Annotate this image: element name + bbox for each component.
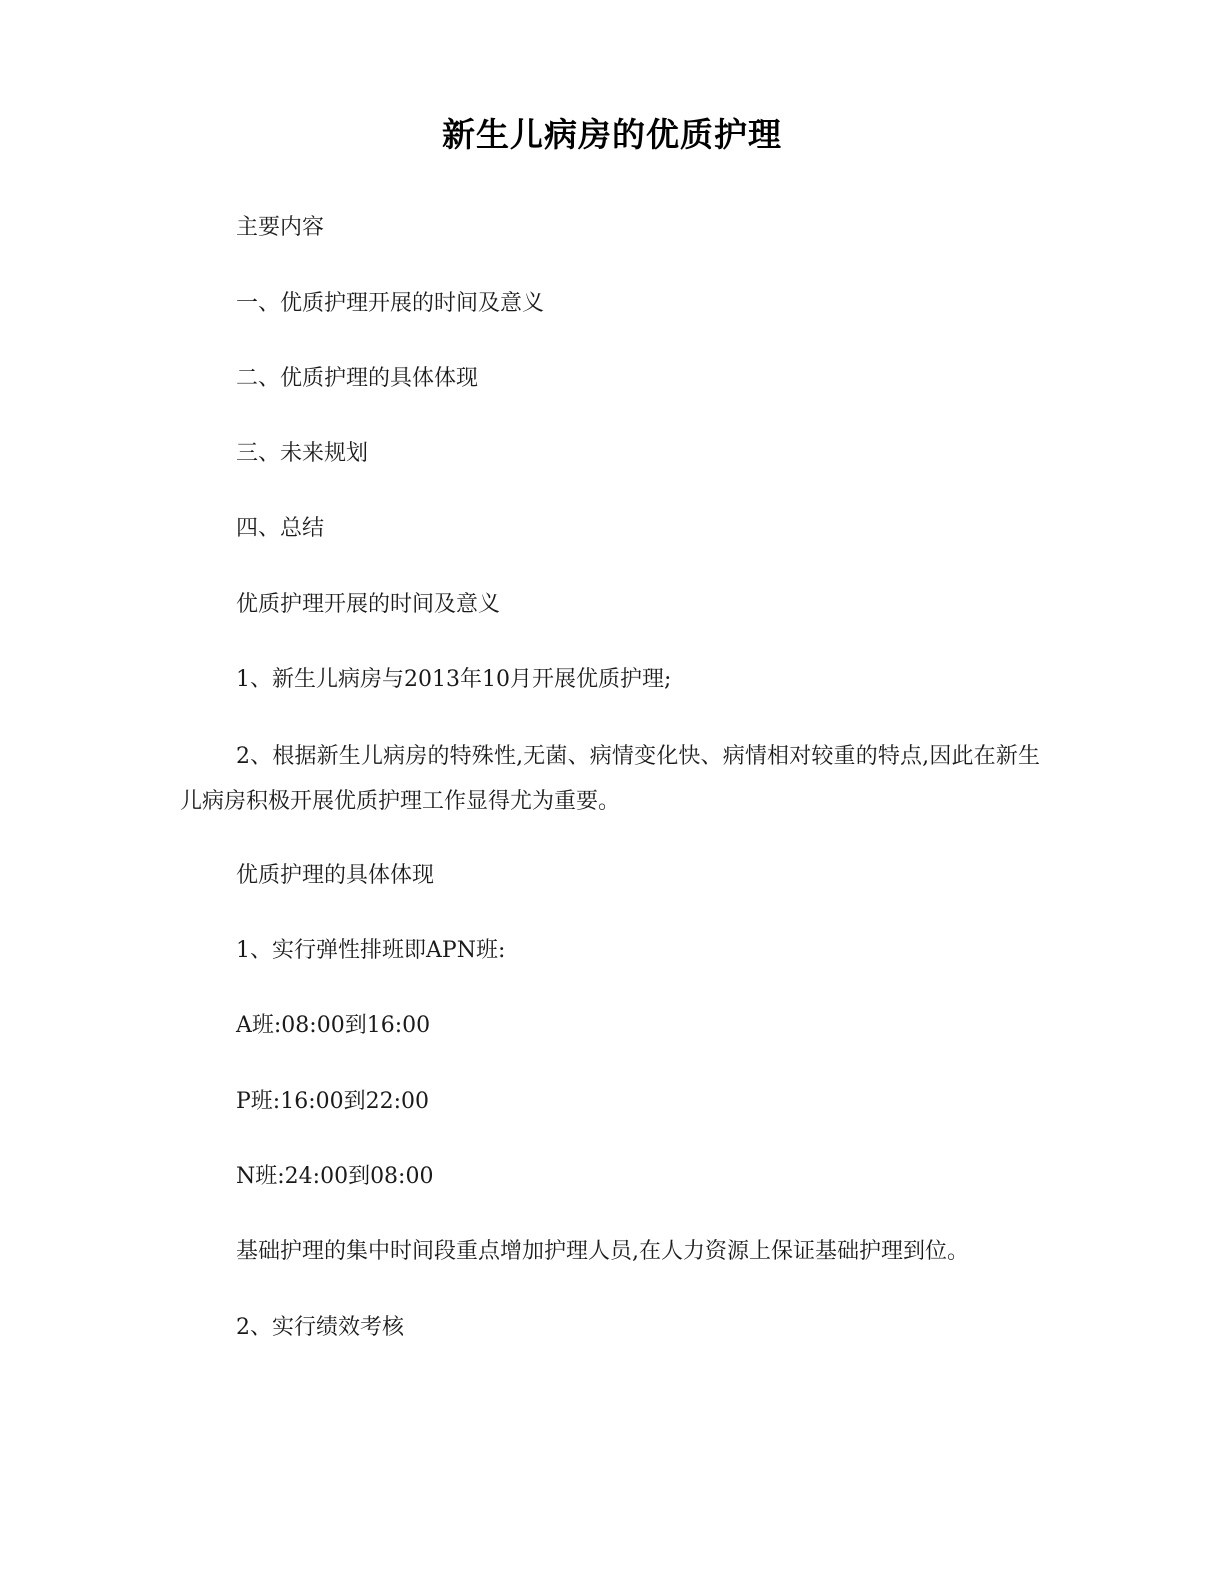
paragraph: 2、根据新生儿病房的特殊性,无菌、病情变化快、病情相对较重的特点,因此在新生儿病… — [180, 734, 1040, 824]
toc-item: 二、优质护理的具体体现 — [236, 364, 478, 394]
shift-line: P班:16:00到22:00 — [236, 1087, 429, 1117]
paragraph: 基础护理的集中时间段重点增加护理人员,在人力资源上保证基础护理到位。 — [236, 1237, 969, 1267]
toc-item: 三、未来规划 — [236, 439, 368, 469]
paragraph: 1、新生儿病房与2013年10月开展优质护理; — [236, 665, 671, 695]
shift-line: N班:24:00到08:00 — [236, 1162, 433, 1192]
toc-item: 一、优质护理开展的时间及意义 — [236, 289, 544, 319]
document-title: 新生儿病房的优质护理 — [0, 112, 1224, 158]
shift-line: A班:08:00到16:00 — [236, 1011, 430, 1041]
toc-heading: 主要内容 — [236, 213, 324, 243]
paragraph: 2、实行绩效考核 — [236, 1313, 404, 1343]
toc-item: 四、总结 — [236, 514, 324, 544]
section-heading: 优质护理开展的时间及意义 — [236, 590, 500, 620]
paragraph: 1、实行弹性排班即APN班: — [236, 936, 505, 966]
section-heading: 优质护理的具体体现 — [236, 861, 434, 891]
